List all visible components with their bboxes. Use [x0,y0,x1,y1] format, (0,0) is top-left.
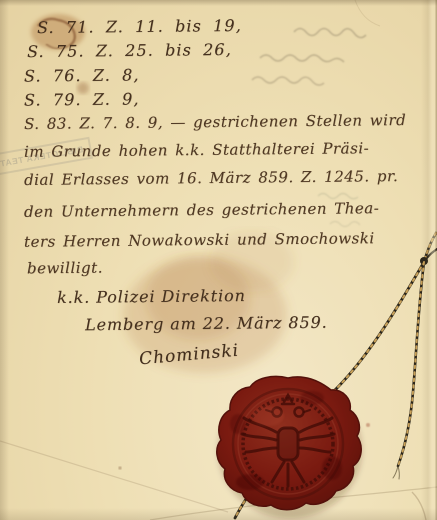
manuscript-page: BIBLIOTEKA TEATR S. 71. Z. 11. bis 19, S… [0,0,437,520]
handwriting-layer: S. 71. Z. 11. bis 19, S. 75. Z. 25. bis … [0,0,437,520]
manuscript-line: den Unternehmern des gestrichenen Thea- [24,199,379,221]
manuscript-line: S. 83. Z. 7. 8. 9, — gestrichenen Stelle… [24,111,406,133]
page-line-reference: S. 71. Z. 11. bis 19, [37,16,242,37]
manuscript-line: ters Herren Nowakowski und Smochowski [24,229,375,251]
manuscript-line: dial Erlasses vom 16. März 859. Z. 1245.… [24,167,398,189]
manuscript-line: im Grunde hohen k.k. Statthalterei Präsi… [24,139,369,161]
issuing-office-line: k.k. Polizei Direktion [57,286,246,307]
page-line-reference: S. 76. Z. 8, [24,65,140,85]
signature: Chominski [138,341,240,370]
place-date-line: Lemberg am 22. März 859. [85,313,328,335]
manuscript-line: bewilligt. [27,259,103,278]
page-line-reference: S. 79. Z. 9, [24,89,140,109]
page-line-reference: S. 75. Z. 25. bis 26, [27,40,232,61]
